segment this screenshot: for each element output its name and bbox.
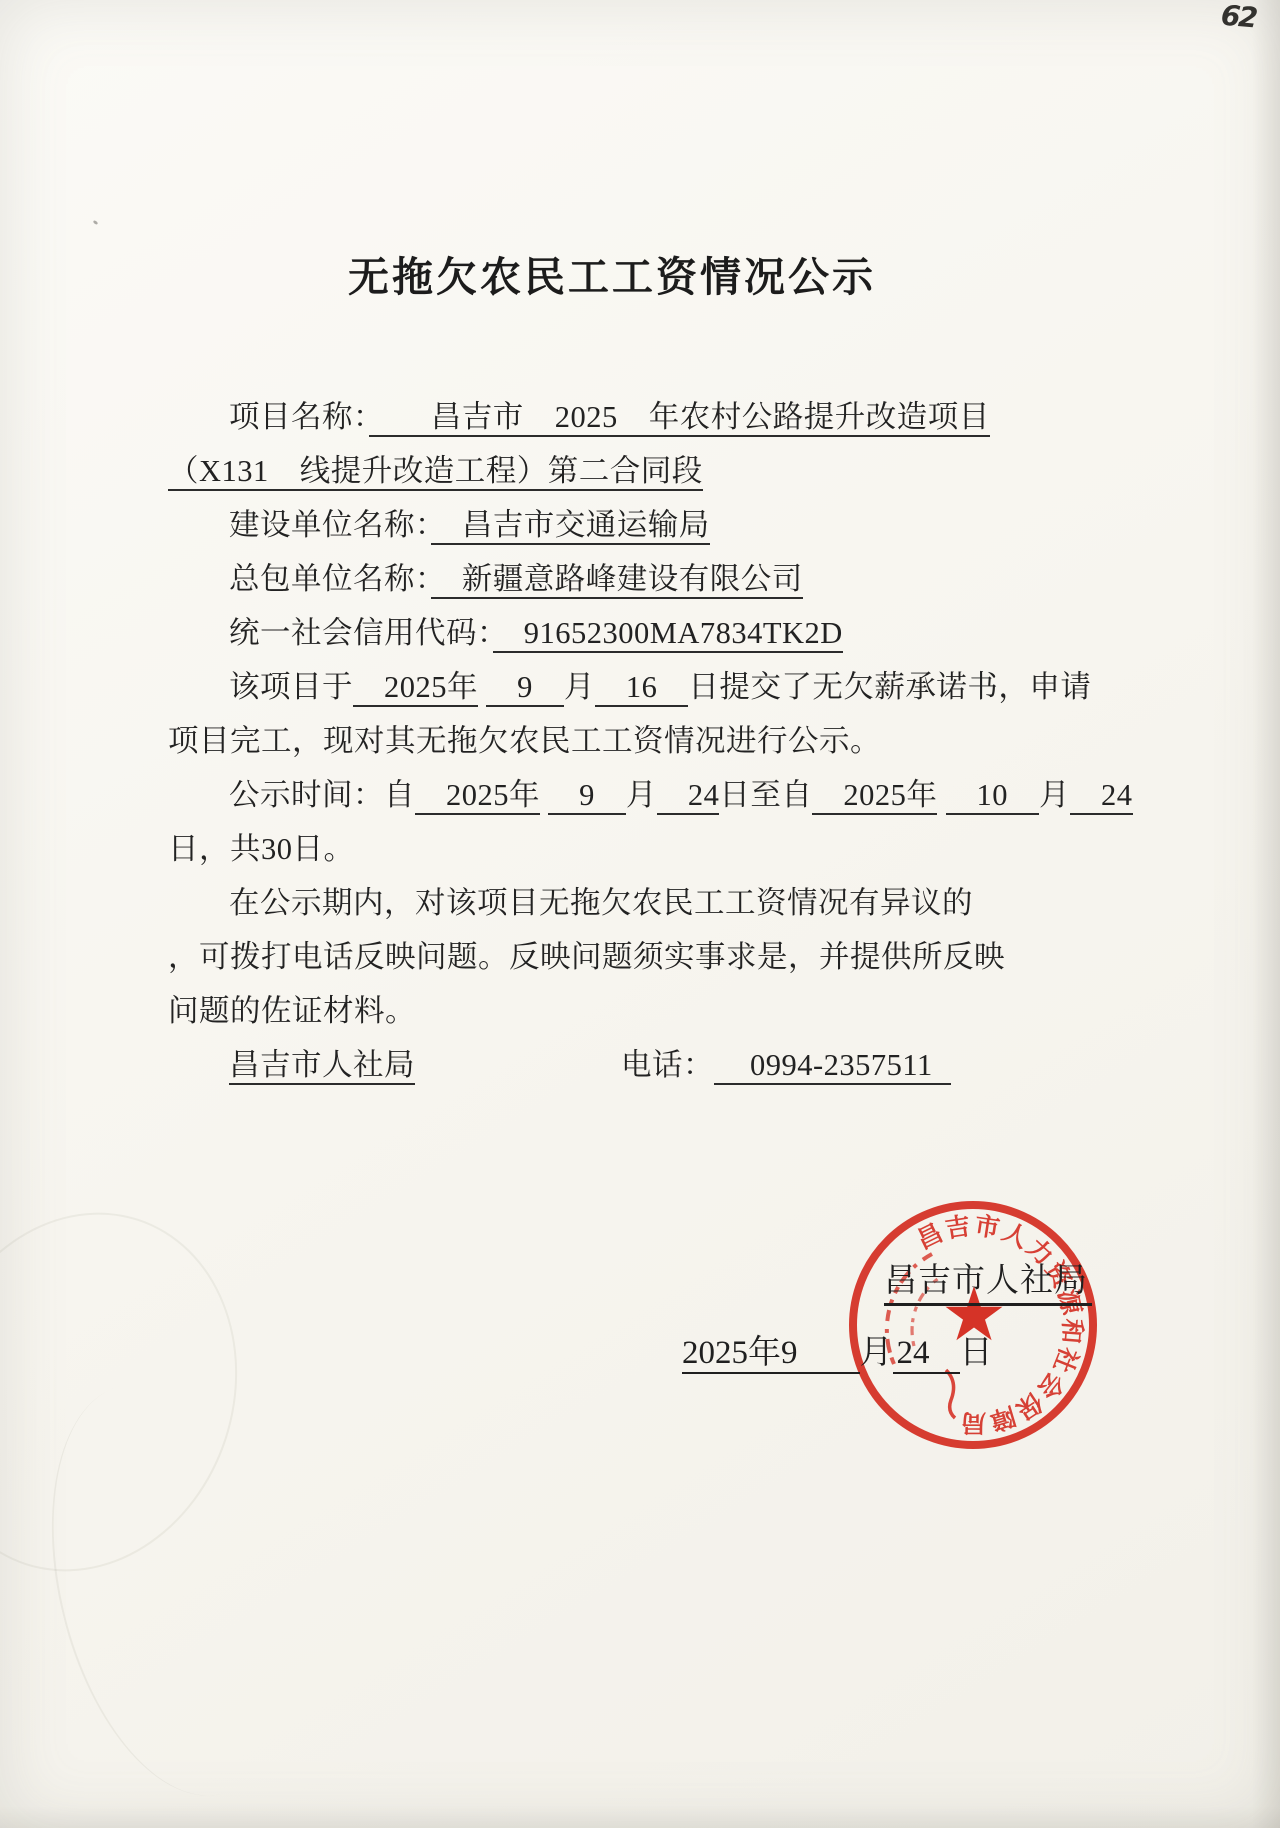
line-publicity-period-end: 日，共30日。 bbox=[168, 822, 1080, 876]
scan-edge-shadow-bottom bbox=[0, 1806, 1280, 1828]
period-to-label: 日至自 bbox=[719, 778, 812, 812]
credit-code-value: 91652300MA7834TK2D bbox=[493, 616, 843, 653]
official-red-seal: 昌吉市人力资源和社会保障局 bbox=[842, 1194, 1104, 1456]
seal-bottom-mark bbox=[946, 1370, 955, 1418]
period-end-day: 24 bbox=[1070, 778, 1133, 815]
signature-agency: 昌吉市人社局 bbox=[884, 1254, 1092, 1306]
line-objection-1: 在公示期内，对该项目无拖欠农民工工资情况有异议的 bbox=[168, 876, 1080, 930]
line-project-name-continued: （X131 线提升改造工程）第二合同段 bbox=[168, 444, 1080, 498]
date-year-month: 2025年9 bbox=[682, 1335, 860, 1374]
line-project-name: 项目名称： 昌吉市 2025 年农村公路提升改造项目 bbox=[168, 390, 1080, 444]
objection-text-3: 问题的佐证材料。 bbox=[168, 994, 416, 1028]
scanned-document-page: 62 无拖欠农民工工资情况公示 项目名称： 昌吉市 2025 年农村公路提升改造… bbox=[0, 0, 1280, 1828]
phone-value: 0994-2357511 bbox=[714, 1048, 951, 1085]
line-contractor-unit: 总包单位名称： 新疆意路峰建设有限公司 bbox=[168, 552, 1080, 606]
commitment-day: 16 bbox=[595, 670, 689, 707]
commitment-text-3: 项目完工，现对其无拖欠农民工工资情况进行公示。 bbox=[168, 724, 881, 758]
line-commitment-start: 该项目于 2025年 9 月 16 日提交了无欠薪承诺书，申请 bbox=[168, 660, 1080, 714]
project-name-value-2: （X131 线提升改造工程）第二合同段 bbox=[168, 454, 703, 491]
contractor-unit-value: 新疆意路峰建设有限公司 bbox=[431, 562, 803, 599]
period-start-year: 2025年 bbox=[415, 778, 540, 815]
gap bbox=[540, 778, 548, 812]
handwritten-page-number: 62 bbox=[1220, 0, 1258, 34]
project-name-value: 昌吉市 2025 年农村公路提升改造项目 bbox=[369, 400, 990, 437]
owner-unit-label: 建设单位名称： bbox=[229, 508, 431, 542]
period-start-month: 9 bbox=[548, 778, 626, 815]
contractor-unit-label: 总包单位名称： bbox=[229, 562, 431, 596]
scan-speck bbox=[93, 220, 99, 225]
line-contact: 昌吉市人社局电话：0994-2357511 bbox=[168, 1038, 1080, 1092]
period-start-day: 24 bbox=[657, 778, 720, 815]
date-day: 24 bbox=[893, 1335, 960, 1374]
document-body: 项目名称： 昌吉市 2025 年农村公路提升改造项目 （X131 线提升改造工程… bbox=[168, 390, 1080, 1092]
commitment-text: 该项目于 bbox=[229, 670, 353, 704]
period-label: 公示时间：自 bbox=[229, 778, 415, 812]
document-title: 无拖欠农民工工资情况公示 bbox=[0, 244, 1224, 303]
line-objection-2: ，可拨打电话反映问题。反映问题须实事求是，并提供所反映 bbox=[168, 930, 1080, 984]
line-commitment-end: 项目完工，现对其无拖欠农民工工资情况进行公示。 bbox=[168, 714, 1080, 768]
month-label: 月 bbox=[860, 1335, 893, 1371]
commitment-month: 9 bbox=[486, 670, 564, 707]
line-objection-3: 问题的佐证材料。 bbox=[168, 984, 1080, 1038]
phone-label: 电话： bbox=[621, 1048, 714, 1082]
line-credit-code: 统一社会信用代码： 91652300MA7834TK2D bbox=[168, 606, 1080, 660]
period-end-month: 10 bbox=[946, 778, 1040, 815]
contact-agency: 昌吉市人社局 bbox=[229, 1048, 415, 1085]
gap bbox=[478, 670, 486, 704]
day-label: 日 bbox=[960, 1335, 993, 1371]
objection-text-2: ，可拨打电话反映问题。反映问题须实事求是，并提供所反映 bbox=[168, 940, 1005, 974]
line-publicity-period: 公示时间：自 2025年 9 月 24日至自 2025年 10 月 24 bbox=[168, 768, 1080, 822]
gap bbox=[937, 778, 945, 812]
commitment-text-2: 日提交了无欠薪承诺书，申请 bbox=[688, 670, 1091, 704]
objection-text-1: 在公示期内，对该项目无拖欠农民工工资情况有异议的 bbox=[229, 886, 973, 920]
owner-unit-value: 昌吉市交通运输局 bbox=[431, 508, 710, 545]
project-name-label: 项目名称： bbox=[229, 400, 369, 434]
month-label: 月 bbox=[1039, 778, 1070, 812]
commitment-year: 2025年 bbox=[353, 670, 478, 707]
scan-edge-shadow-right bbox=[1252, 0, 1280, 1828]
signature-date: 2025年9月24日 bbox=[682, 1326, 993, 1373]
month-label: 月 bbox=[564, 670, 595, 704]
line-owner-unit: 建设单位名称： 昌吉市交通运输局 bbox=[168, 498, 1080, 552]
month-label: 月 bbox=[626, 778, 657, 812]
period-duration-text: 日，共30日。 bbox=[168, 832, 355, 866]
period-end-year: 2025年 bbox=[812, 778, 937, 815]
credit-code-label: 统一社会信用代码： bbox=[229, 616, 493, 650]
